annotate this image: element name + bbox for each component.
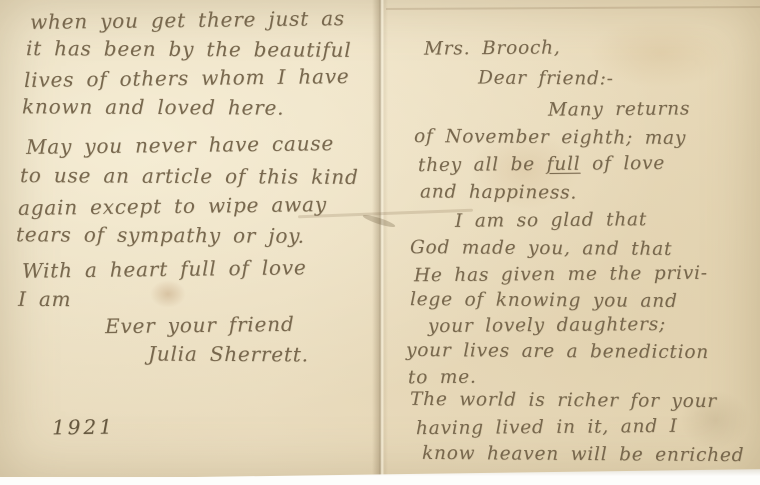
handwriting-line: when you get there just as (30, 6, 345, 34)
handwriting-line: lives of others whom I have (24, 64, 350, 92)
handwriting-line: your lives are a benediction (406, 340, 709, 363)
scanned-letter: when you get there just as it has been b… (0, 0, 760, 485)
handwriting-line: He has given me the privi- (414, 263, 708, 287)
handwriting-line: With a heart full of love (22, 255, 307, 282)
line-segment: they all be (418, 154, 547, 176)
handwriting-line-with-underline: they all be full of love (418, 153, 665, 176)
handwriting-line: I am so glad that (455, 209, 647, 232)
handwriting-line: May you never have cause (26, 131, 334, 159)
salutation: Mrs. Brooch, (424, 37, 561, 59)
handwriting-line: it has been by the beautiful (26, 36, 352, 62)
vertical-fold-crease (372, 0, 388, 477)
handwriting-line: to use an article of this kind (20, 163, 359, 189)
handwriting-line: your lovely daughters; (428, 314, 666, 337)
handwriting-line: lege of knowing you and (410, 289, 678, 312)
handwriting-line: having lived in it, and I (416, 416, 678, 439)
greeting: Dear friend:- (478, 68, 614, 90)
handwriting-line: and happiness. (420, 181, 577, 203)
handwriting-line: to me. (408, 367, 477, 389)
handwriting-line: know heaven will be enriched (422, 443, 744, 466)
handwriting-line: God made you, and that (410, 237, 672, 260)
signature: Julia Sherrett. (148, 342, 309, 367)
paper-stain (150, 280, 186, 308)
handwriting-line: The world is richer for your (410, 389, 717, 412)
handwriting-line: known and loved here. (22, 94, 284, 119)
horizontal-crease-top (386, 6, 760, 10)
letter-paper: when you get there just as it has been b… (0, 0, 760, 477)
line-segment: of love (580, 153, 665, 175)
year-annotation: 1921 (52, 415, 115, 440)
handwriting-line: again except to wipe away (18, 192, 327, 220)
handwriting-line: Many returns (548, 98, 690, 120)
closing-line: Ever your friend (105, 312, 295, 338)
underlined-word: full (547, 154, 581, 175)
handwriting-line: of November eighth; may (414, 126, 686, 149)
handwriting-line: I am (18, 287, 71, 311)
handwriting-line: tears of sympathy or joy. (16, 222, 305, 248)
